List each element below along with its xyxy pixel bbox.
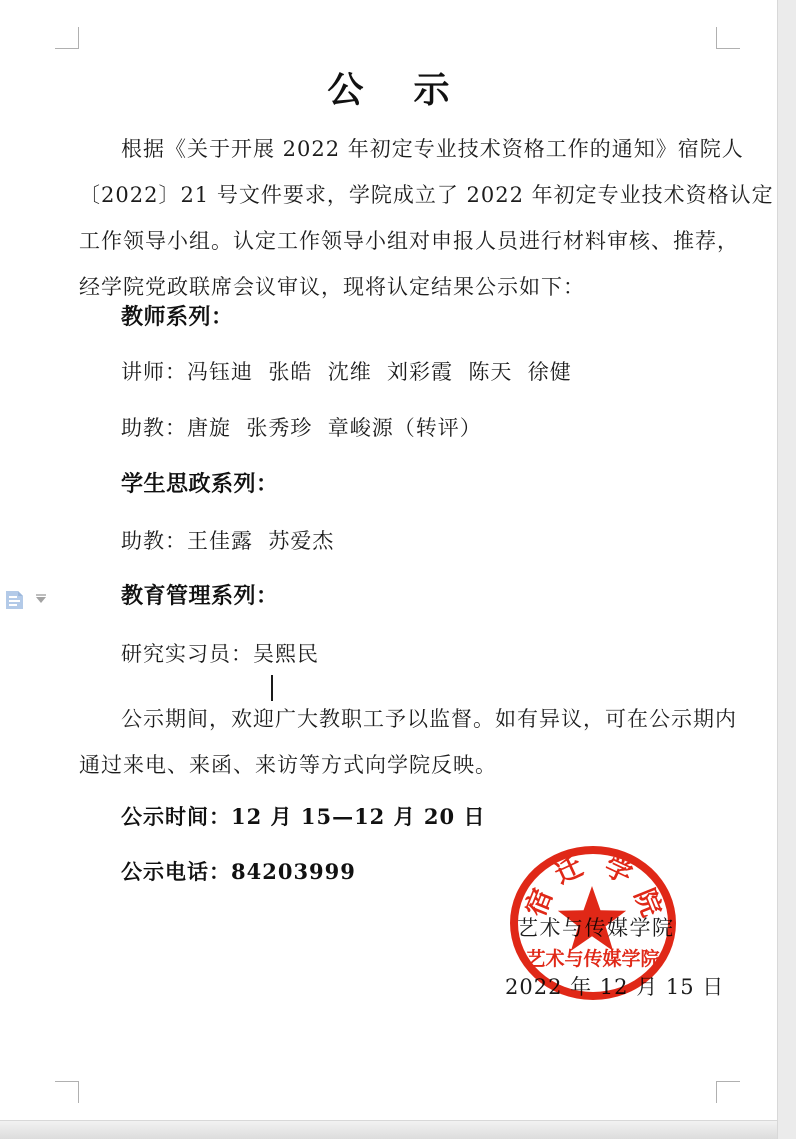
- boundary-mark-bottom-right: [716, 1081, 740, 1103]
- closing-line-1: 公示期间，欢迎广大教职工予以监督。如有异议，可在公示期内: [121, 707, 737, 731]
- intro-line-4: 经学院党政联席会议审议，现将认定结果公示如下：: [79, 275, 585, 299]
- teacher-lecturer-line: 讲师：冯钰迪 张皓 沈维 刘彩霞 陈天 徐健: [121, 360, 572, 384]
- document-title: 公 示: [0, 62, 777, 113]
- notice-phone-line: 公示电话：84203999: [121, 860, 356, 884]
- section-heading-teacher: 教师系列：: [121, 306, 234, 330]
- canvas-edge-bottom: [0, 1120, 777, 1139]
- notice-time-line: 公示时间：12 月 15—12 月 20 日: [121, 805, 485, 829]
- text-cursor: [271, 675, 273, 701]
- boundary-mark-bottom-left: [55, 1081, 79, 1103]
- document-icon: [5, 590, 25, 612]
- section-heading-student: 学生思政系列：: [121, 473, 279, 497]
- canvas-edge-right: [777, 0, 796, 1139]
- document-page: 公 示 根据《关于开展 2022 年初定专业技术资格工作的通知》宿院人 〔202…: [0, 0, 796, 1139]
- boundary-mark-top-left: [55, 27, 79, 49]
- chevron-down-icon[interactable]: [36, 597, 46, 603]
- closing-line-2: 通过来电、来函、来访等方式向学院反映。: [79, 753, 497, 777]
- margin-options-button[interactable]: [5, 590, 47, 612]
- teacher-assistant-line: 助教：唐旋 张秀珍 章峻源（转评）: [121, 416, 482, 440]
- star-icon: [556, 886, 628, 952]
- management-researcher-line: 研究实习员：吴熙民: [121, 642, 319, 666]
- intro-line-2: 〔2022〕21 号文件要求，学院成立了 2022 年初定专业技术资格认定: [79, 183, 774, 207]
- boundary-mark-top-right: [716, 27, 740, 49]
- official-seal: 宿 迁 学 院 艺术与传媒学院: [510, 846, 676, 1000]
- seal-bottom-text: 艺术与传媒学院: [526, 944, 659, 971]
- section-heading-management: 教育管理系列：: [121, 585, 279, 609]
- intro-line-3: 工作领导小组。认定工作领导小组对申报人员进行材料审核、推荐，: [79, 229, 739, 253]
- student-assistant-line: 助教：王佳露 苏爱杰: [121, 529, 334, 553]
- intro-line-1: 根据《关于开展 2022 年初定专业技术资格工作的通知》宿院人: [121, 137, 744, 161]
